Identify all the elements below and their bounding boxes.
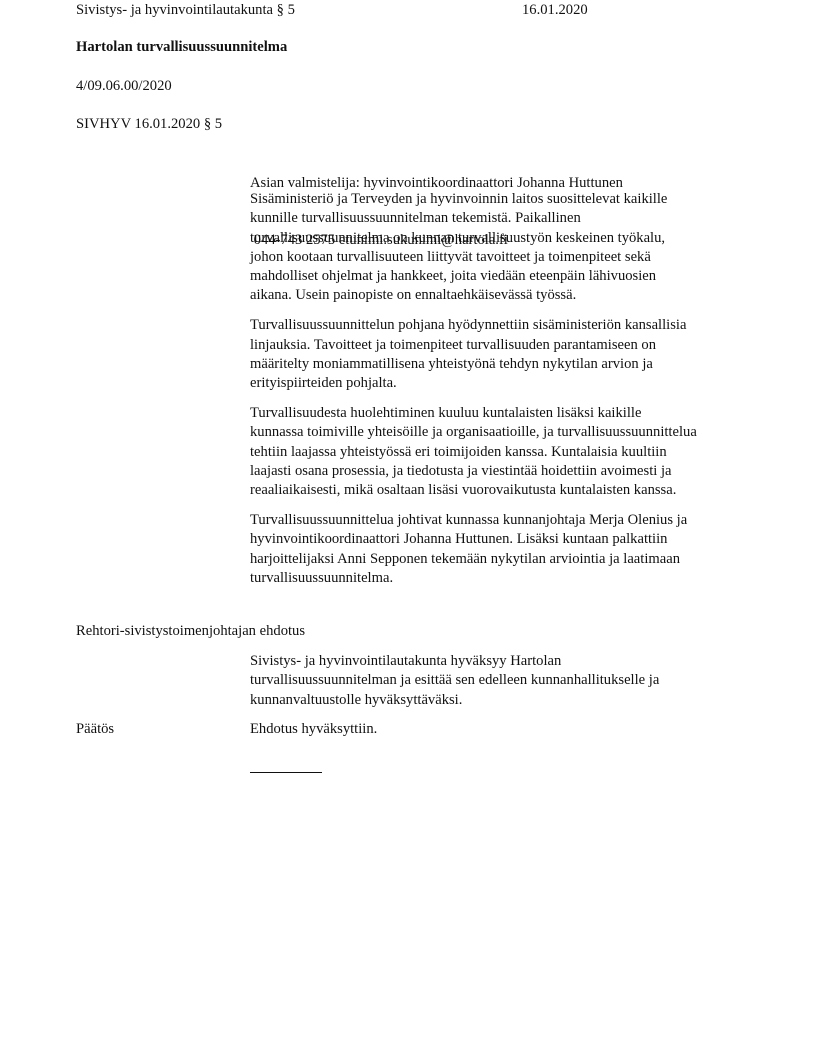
paragraph: Turvallisuudesta huolehtiminen kuuluu ku…	[250, 404, 750, 500]
diary-number: 4/09.06.00/2020	[76, 78, 172, 95]
meeting-reference: SIVHYV 16.01.2020 § 5	[76, 116, 222, 133]
signature-line	[250, 772, 322, 773]
decision-text: Ehdotus hyväksyttiin.	[250, 721, 377, 738]
body-text: Sisäministeriö ja Terveyden ja hyvinvoin…	[250, 190, 750, 599]
paragraph: Sisäministeriö ja Terveyden ja hyvinvoin…	[250, 190, 750, 306]
document-title: Hartolan turvallisuussuunnitelma	[76, 39, 287, 56]
proposal-text: Sivistys- ja hyvinvointilautakunta hyväk…	[250, 652, 750, 710]
meeting-date: 16.01.2020	[522, 2, 588, 19]
decision-label: Päätös	[76, 721, 114, 738]
committee-section-header: Sivistys- ja hyvinvointilautakunta § 5	[76, 2, 295, 19]
paragraph: Turvallisuussuunnittelun pohjana hyödynn…	[250, 316, 750, 393]
proposal-label: Rehtori-sivistystoimenjohtajan ehdotus	[76, 623, 305, 640]
paragraph: Turvallisuussuunnittelua johtivat kunnas…	[250, 511, 750, 588]
